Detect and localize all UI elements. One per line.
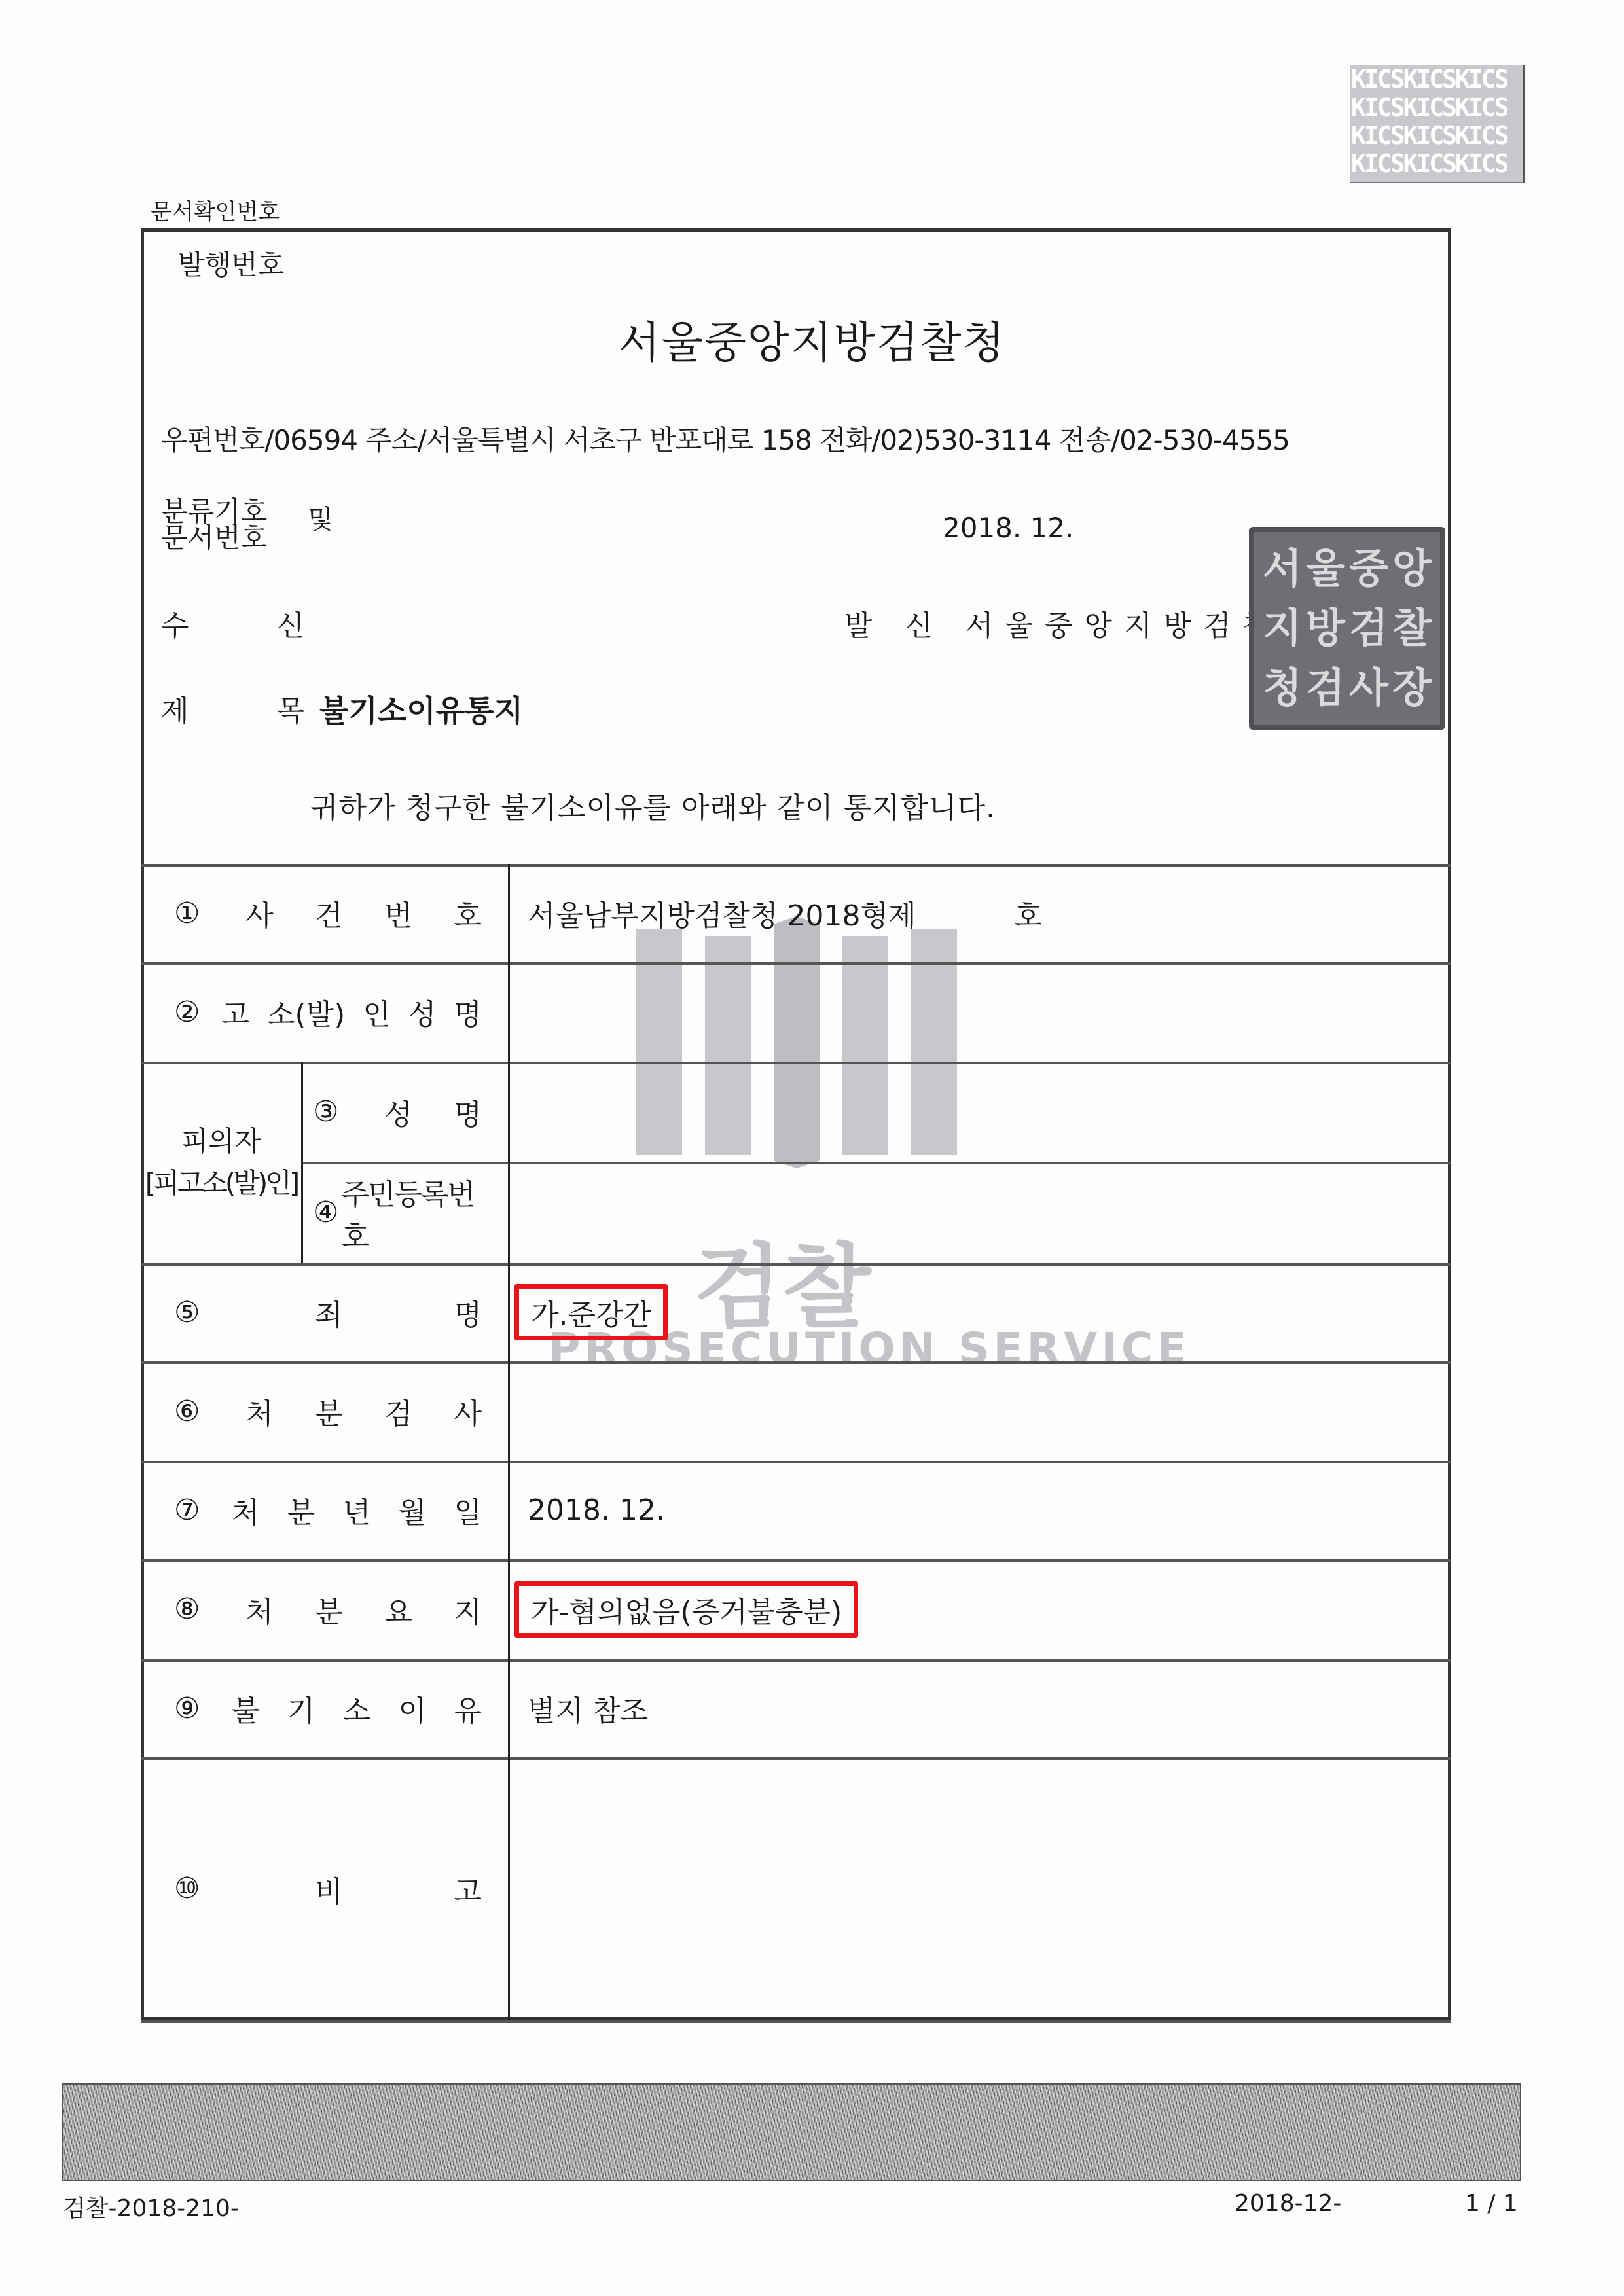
field-label-char: 고 [221, 991, 249, 1033]
field-number: ⑨ [174, 1692, 200, 1725]
value-suffix: 호 [1015, 892, 1043, 934]
field-label: ①사건번호 [174, 864, 482, 962]
seal-glyph: 울 [1305, 542, 1346, 596]
field-value: 가.준강간 [528, 1263, 1431, 1361]
document-date: 2018. 12. [943, 512, 1074, 544]
field-label-char: 명 [454, 1291, 482, 1333]
field-label: ⑤죄명 [174, 1263, 482, 1361]
security-pattern-row: KICSKICSKICS [1351, 94, 1523, 122]
field-label-char: 이 [399, 1687, 427, 1729]
seal-glyph: 검 [1348, 601, 1390, 655]
field-label-char: 분 [315, 1390, 343, 1432]
field-label-char: 명 [454, 991, 482, 1033]
field-label-char: 유 [454, 1687, 482, 1729]
classification-label-line2: 문서번호 [161, 525, 267, 551]
field-label-char: 건 [315, 892, 343, 934]
security-pattern: KICSKICSKICSKICSKICSKICSKICSKICSKICSKICS… [1350, 65, 1525, 183]
field-number: ③ [313, 1095, 338, 1128]
field-value: 가-혐의없음(증거불충분) [528, 1559, 1431, 1659]
suspect-group-label-line1: 피의자 [181, 1121, 261, 1162]
classification-label: 분류기호 문서번호 [161, 499, 267, 551]
field-label-char: 비 [315, 1868, 343, 1910]
field-label-char: 분 [315, 1588, 343, 1630]
highlighted-value: 가.준강간 [514, 1284, 668, 1340]
table-rule [141, 2020, 1451, 2023]
field-label-char: 호 [454, 892, 482, 934]
field-value [528, 1162, 1431, 1263]
field-value [528, 1062, 1431, 1162]
field-label: ③성명 [313, 1062, 482, 1162]
subject-label: 제 목 [161, 687, 344, 729]
security-pattern-row: KICSKICSKICS [1351, 150, 1523, 178]
field-label-char: 명 [454, 1091, 482, 1133]
field-value [528, 1361, 1431, 1461]
field-number: ⑥ [174, 1395, 200, 1428]
field-label: ⑧처분요지 [174, 1559, 482, 1659]
security-noise-band [62, 2083, 1521, 2181]
seal-glyph: 중 [1348, 542, 1390, 596]
seal-glyph: 사 [1348, 661, 1390, 715]
seal-glyph: 청 [1261, 661, 1303, 715]
suspect-group-label: 피의자[피고소(발)인] [141, 1062, 301, 1263]
value-text: 별지 참조 [528, 1687, 648, 1729]
field-label-char: 사 [454, 1390, 482, 1432]
field-label-char: 주민등록번호 [341, 1171, 482, 1255]
footer-document-number: 검찰-2018-210- [63, 2190, 239, 2223]
classification-conjunction: 및 [308, 499, 333, 536]
field-label-char: 기 [287, 1687, 316, 1729]
field-label: ⑩비고 [174, 1757, 482, 2020]
field-label: ④주민등록번호 [313, 1162, 482, 1263]
seal-glyph: 찰 [1391, 601, 1433, 655]
field-number: ⑤ [174, 1296, 200, 1329]
field-label: ⑦처분년월일 [174, 1461, 482, 1559]
field-label-char: 고 [454, 1868, 482, 1910]
seal-glyph: 장 [1391, 661, 1433, 715]
field-label: ②고소(발)인성명 [174, 962, 482, 1062]
seal-glyph: 방 [1305, 601, 1346, 655]
field-label-char: 성 [408, 991, 437, 1033]
field-label-char: 처 [245, 1390, 274, 1432]
field-number: ① [174, 897, 200, 930]
field-label-char: 검 [384, 1390, 412, 1432]
seal-glyph: 앙 [1391, 542, 1433, 596]
value-text: 서울남부지방검찰청 2018형제 [528, 892, 916, 934]
field-label-char: 소(발) [267, 991, 345, 1033]
field-label-char: 소 [343, 1687, 371, 1729]
security-pattern-row: KICSKICSKICS [1351, 122, 1523, 150]
field-label-char: 처 [245, 1588, 274, 1630]
field-label-char: 월 [399, 1489, 427, 1531]
field-label-char: 사 [245, 892, 274, 934]
field-label-char: 불 [232, 1687, 260, 1729]
field-label-char: 일 [454, 1489, 482, 1531]
agency-title: 서울중앙지방검찰청 [0, 308, 1624, 370]
classification-label-line1: 분류기호 [161, 499, 267, 525]
subject-value: 불기소이유통지 [319, 687, 523, 730]
official-seal-icon: 서울중앙지방검찰청검사장 [1249, 527, 1445, 730]
security-pattern-row: KICSKICSKICS [1351, 65, 1523, 94]
field-number: ④ [313, 1196, 337, 1229]
field-number: ⑩ [174, 1872, 200, 1905]
seal-glyph: 검 [1305, 661, 1346, 715]
field-value: 2018. 12. [528, 1461, 1431, 1559]
value-text: 2018. 12. [528, 1494, 665, 1527]
field-label-char: 요 [384, 1588, 412, 1630]
field-label-char: 분 [287, 1489, 316, 1531]
field-label-char: 번 [384, 892, 412, 934]
field-label-char: 성 [384, 1091, 412, 1133]
field-value: 서울남부지방검찰청 2018형제호 [528, 864, 1431, 962]
field-value [528, 962, 1431, 1062]
agency-address: 우편번호/06594 주소/서울특별시 서초구 반포대로 158 전화/02)5… [161, 419, 1290, 458]
field-number: ⑦ [174, 1494, 200, 1527]
field-value: 별지 참조 [528, 1659, 1431, 1757]
field-label-char: 년 [343, 1489, 371, 1531]
highlighted-value: 가-혐의없음(증거불충분) [514, 1581, 858, 1638]
field-label-char: 죄 [315, 1291, 343, 1333]
field-label-char: 처 [232, 1489, 260, 1531]
table-column-rule [508, 864, 510, 2020]
page-number: 1 / 1 [1465, 2190, 1518, 2217]
field-number: ⑧ [174, 1592, 200, 1626]
notice-text: 귀하가 청구한 불기소이유를 아래와 같이 통지합니다. [310, 784, 996, 826]
field-label: ⑨불기소이유 [174, 1659, 482, 1757]
field-value [528, 1757, 1431, 2020]
recipient-label: 수 신 [161, 602, 344, 644]
footer-date: 2018-12- [1235, 2190, 1341, 2217]
seal-glyph: 서 [1261, 542, 1303, 596]
field-label: ⑥처분검사 [174, 1361, 482, 1461]
seal-glyph: 지 [1261, 601, 1303, 655]
field-number: ② [174, 996, 200, 1029]
confirmation-number-label: 문서확인번호 [151, 194, 280, 226]
field-label-char: 지 [454, 1588, 482, 1630]
field-label-char: 인 [363, 991, 391, 1033]
issue-number-label: 발행번호 [178, 243, 284, 283]
table-column-rule [301, 1062, 303, 1263]
suspect-group-label-line2: [피고소(발)인] [145, 1162, 297, 1204]
